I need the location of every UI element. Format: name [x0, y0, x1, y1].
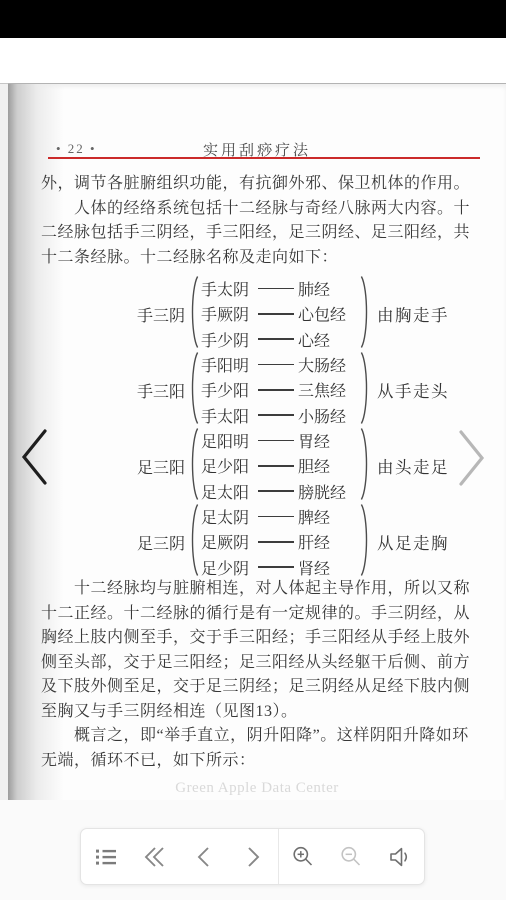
text-line: 无端，循环不已，如下所示： — [41, 749, 493, 774]
contents-button[interactable] — [90, 841, 122, 873]
meridian-group: 足三阴足太阴脾经足厥阴肝经足少阴肾经从足走胸 — [137, 504, 487, 580]
paragraphs-top: 外，调节各脏腑组织功能，有抗御外邪、保卫机体的作用。 人体的经络系统包括十二经脉… — [41, 172, 493, 270]
text-line: 二经脉包括手三阴经，手三阳经，足三阴经、足三阳经，共 — [41, 221, 493, 246]
organ-channel-name: 心包经 — [298, 302, 358, 325]
meridian-row: 足少阳胆经 — [201, 453, 358, 478]
status-bar — [0, 0, 506, 38]
next-page-button[interactable] — [455, 429, 487, 489]
meridian-rows: 足太阴脾经足厥阴肝经足少阴肾经 — [201, 504, 358, 580]
meridian-row: 足厥阴肝经 — [201, 529, 358, 554]
chevron-left-icon — [192, 845, 216, 869]
meridian-name: 手少阳 — [201, 378, 256, 401]
flow-direction: 由胸走手 — [377, 302, 449, 326]
connector-line — [258, 389, 294, 391]
magnifier-plus-icon — [291, 845, 315, 869]
meridian-name: 足太阳 — [201, 480, 256, 503]
first-page-button[interactable] — [139, 841, 171, 873]
connector-line — [258, 440, 294, 442]
meridian-rows: 手阳明大肠经手少阳三焦经手太阳小肠经 — [201, 352, 358, 428]
meridian-diagram: 手三阴手太阴肺经手厥阴心包经手少阴心经由胸走手手三阳手阳明大肠经手少阳三焦经手太… — [137, 276, 487, 580]
organ-channel-name: 膀胱经 — [298, 480, 358, 503]
read-aloud-button[interactable] — [384, 841, 416, 873]
meridian-name: 手少阴 — [201, 328, 256, 351]
organ-channel-name: 胆经 — [298, 454, 358, 477]
meridian-name: 手太阳 — [201, 404, 256, 427]
prev-page-button[interactable] — [188, 841, 220, 873]
connector-line — [258, 566, 294, 568]
text-line: 外，调节各脏腑组织功能，有抗御外邪、保卫机体的作用。 — [41, 172, 493, 197]
organ-channel-name: 大肠经 — [298, 353, 358, 376]
toolbar-nav-section — [81, 829, 279, 884]
speaker-icon — [387, 845, 413, 869]
connector-line — [258, 465, 294, 467]
left-bracket — [189, 427, 199, 506]
group-name: 足三阳 — [137, 455, 185, 478]
double-chevron-left-icon — [142, 845, 168, 869]
organ-channel-name: 小肠经 — [298, 404, 358, 427]
text-line: 十二经脉均与脏腑相连，对人体起主导作用，所以又称 — [41, 577, 493, 602]
reader-toolbar — [80, 828, 425, 885]
organ-channel-name: 肺经 — [298, 277, 358, 300]
connector-line — [258, 338, 294, 340]
connector-line — [258, 414, 294, 416]
meridian-row: 手少阴心经 — [201, 327, 358, 352]
connector-line — [258, 490, 294, 492]
connector-line — [258, 541, 294, 543]
chevron-right-icon — [455, 429, 487, 489]
organ-channel-name: 胃经 — [298, 429, 358, 452]
text-line: 胸经上肢内侧至手，交于手三阳经；手三阳经从手经上肢外 — [41, 626, 493, 651]
meridian-name: 足太阴 — [201, 505, 256, 528]
group-name: 足三阴 — [137, 531, 185, 554]
text-line: 十二正经。十二经脉的循行是有一定规律的。手三阴经，从 — [41, 602, 493, 627]
organ-channel-name: 心经 — [298, 328, 358, 351]
magnifier-minus-icon — [339, 845, 363, 869]
meridian-row: 足太阳膀胱经 — [201, 479, 358, 504]
left-bracket — [189, 351, 199, 430]
meridian-rows: 手太阴肺经手厥阴心包经手少阴心经 — [201, 276, 358, 352]
previous-page-button[interactable] — [19, 428, 51, 488]
connector-line — [258, 364, 294, 366]
text-line: 至胸又与手三阴经相连（见图13）。 — [41, 700, 493, 725]
meridian-name: 手厥阴 — [201, 302, 256, 325]
page-stack-edge — [0, 83, 8, 801]
flow-direction: 从足走胸 — [377, 530, 449, 554]
right-bracket — [360, 427, 370, 506]
meridian-name: 手阳明 — [201, 353, 256, 376]
organ-channel-name: 三焦经 — [298, 378, 358, 401]
meridian-name: 手太阴 — [201, 277, 256, 300]
meridian-row: 手厥阴心包经 — [201, 301, 358, 326]
zoom-out-button[interactable] — [335, 841, 367, 873]
connector-line — [258, 313, 294, 315]
meridian-row: 手少阳三焦经 — [201, 377, 358, 402]
text-line: 及下肢外侧至足，交于足三阴经；足三阴经从足经下肢内侧 — [41, 675, 493, 700]
meridian-name: 足厥阴 — [201, 530, 256, 553]
organ-channel-name: 肾经 — [298, 556, 358, 579]
meridian-group: 足三阳足阳明胃经足少阳胆经足太阳膀胱经由头走足 — [137, 428, 487, 504]
reader-screen: • 22 • 实用刮痧疗法 外，调节各脏腑组织功能，有抗御外邪、保卫机体的作用。… — [0, 0, 506, 900]
right-bracket — [360, 351, 370, 430]
toolbar-tools-section — [279, 829, 424, 884]
group-name: 手三阴 — [137, 303, 185, 326]
right-bracket — [360, 503, 370, 582]
left-bracket — [189, 503, 199, 582]
connector-line — [258, 516, 294, 518]
flow-direction: 由头走足 — [377, 454, 449, 478]
meridian-name: 足少阳 — [201, 454, 256, 477]
meridian-rows: 足阳明胃经足少阳胆经足太阳膀胱经 — [201, 428, 358, 504]
meridian-name: 足少阴 — [201, 556, 256, 579]
next-page-button[interactable] — [237, 841, 269, 873]
left-bracket — [189, 275, 199, 354]
text-line: 十二条经脉。十二经脉名称及走向如下： — [41, 246, 493, 271]
meridian-row: 手太阴肺经 — [201, 276, 358, 301]
meridian-name: 足阳明 — [201, 429, 256, 452]
meridian-row: 足阳明胃经 — [201, 428, 358, 453]
organ-channel-name: 脾经 — [298, 505, 358, 528]
meridian-row: 手太阳小肠经 — [201, 403, 358, 428]
right-bracket — [360, 275, 370, 354]
zoom-in-button[interactable] — [287, 841, 319, 873]
header-rule — [48, 157, 480, 159]
watermark: Green Apple Data Center — [8, 780, 506, 797]
group-name: 手三阳 — [137, 379, 185, 402]
text-line: 人体的经络系统包括十二经脉与奇经八脉两大内容。十 — [41, 197, 493, 222]
chevron-right-icon — [241, 845, 265, 869]
list-icon — [93, 845, 119, 869]
meridian-group: 手三阴手太阴肺经手厥阴心包经手少阴心经由胸走手 — [137, 276, 487, 352]
book-page: • 22 • 实用刮痧疗法 外，调节各脏腑组织功能，有抗御外邪、保卫机体的作用。… — [8, 83, 506, 802]
paragraphs-bottom: 十二经脉均与脏腑相连，对人体起主导作用，所以又称十二正经。十二经脉的循行是有一定… — [41, 577, 493, 773]
meridian-row: 足太阴脾经 — [201, 504, 358, 529]
meridian-row: 手阳明大肠经 — [201, 352, 358, 377]
organ-channel-name: 肝经 — [298, 530, 358, 553]
text-line: 侧至头部，交于足三阳经；足三阳经从头经躯干后侧、前方 — [41, 651, 493, 676]
flow-direction: 从手走头 — [377, 378, 449, 402]
text-line: 概言之，即“举手直立，阴升阳降”。这样阴阳升降如环 — [41, 724, 493, 749]
meridian-group: 手三阳手阳明大肠经手少阳三焦经手太阳小肠经从手走头 — [137, 352, 487, 428]
connector-line — [258, 288, 294, 290]
chevron-left-icon — [19, 428, 51, 488]
